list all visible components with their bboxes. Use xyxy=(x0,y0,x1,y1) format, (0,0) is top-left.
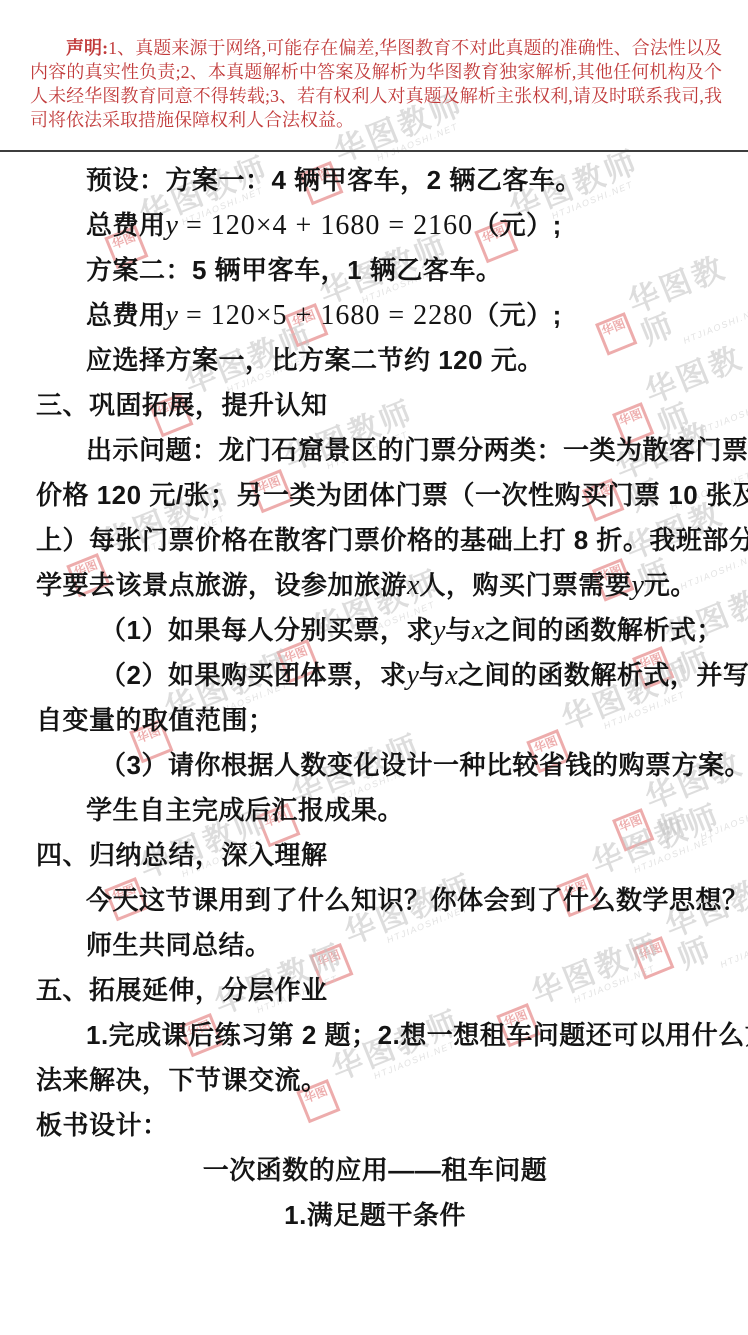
text-segment: 应选择方案一，比方案二节约 120 元。 xyxy=(86,345,544,375)
text-segment: （元）; xyxy=(473,210,562,240)
text-segment: 元。 xyxy=(644,570,697,600)
text-segment: 板书设计： xyxy=(36,1110,169,1140)
text-segment: 法来解决，下节课交流。 xyxy=(36,1065,328,1095)
disclaimer: 声明:1、真题来源于网络,可能存在偏差,华图教育不对此真题的准确性、合法性以及内… xyxy=(30,36,722,132)
text-segment: 之间的函数解析式，并写出 xyxy=(458,660,748,690)
line-question-2b: 自变量的取值范围； xyxy=(36,698,714,743)
line-summary-together: 师生共同总结。 xyxy=(36,923,714,968)
heading-section-5: 五、拓展延伸，分层作业 xyxy=(36,968,714,1013)
text-segment: 总费用 xyxy=(86,300,166,330)
line-summary-question: 今天这节课用到了什么知识？你体会到了什么数学思想？ xyxy=(36,878,714,923)
text-segment: 今天这节课用到了什么知识？你体会到了什么数学思想？ xyxy=(86,885,748,915)
line-board-title: 一次函数的应用——租车问题 xyxy=(36,1148,714,1193)
document-body: 预设：方案一：4 辆甲客车，2 辆乙客车。总费用y = 120×4 + 1680… xyxy=(36,158,714,1238)
line-student-report: 学生自主完成后汇报成果。 xyxy=(36,788,714,833)
text-segment: 人，购买门票需要 xyxy=(419,570,631,600)
text-segment: 出示问题：龙门石窟景区的门票分两类：一类为散客门票， xyxy=(86,435,748,465)
text-segment: 四、归纳总结，深入理解 xyxy=(36,840,328,870)
text-segment: 学生自主完成后汇报成果。 xyxy=(86,795,404,825)
text-segment: 学要去该景点旅游，设参加旅游 xyxy=(36,570,407,600)
text-segment: = 120×4 + 1680 = 2160 xyxy=(178,210,473,241)
document-page: 华图华图教师HTJIAOSHI.NET华图华图教师HTJIAOSHI.NET华图… xyxy=(0,0,748,1335)
line-conclusion: 应选择方案一，比方案二节约 120 元。 xyxy=(36,338,714,383)
disclaimer-divider xyxy=(0,150,748,152)
text-segment: （元）; xyxy=(473,300,562,330)
line-question-3: （3）请你根据人数变化设计一种比较省钱的购票方案。 xyxy=(36,743,714,788)
text-segment: 总费用 xyxy=(86,210,166,240)
text-segment: y xyxy=(166,300,178,331)
text-segment: 上）每张门票价格在散客门票价格的基础上打 8 折。我班部分同 xyxy=(36,525,748,555)
text-segment: （1）如果每人分别买票，求 xyxy=(100,615,433,645)
text-segment: 五、拓展延伸，分层作业 xyxy=(36,975,328,1005)
text-segment: 自变量的取值范围； xyxy=(36,705,275,735)
line-total-cost-1: 总费用y = 120×4 + 1680 = 2160（元）; xyxy=(36,203,714,248)
text-segment: 价格 120 元/张；另一类为团体门票（一次性购买门票 10 张及以 xyxy=(36,480,748,510)
text-segment: y xyxy=(406,660,418,691)
line-plan2: 方案二：5 辆甲客车，1 辆乙客车。 xyxy=(36,248,714,293)
text-segment: 三、巩固拓展，提升认知 xyxy=(36,390,328,420)
disclaimer-label: 声明: xyxy=(66,38,108,58)
text-segment: 方案二：5 辆甲客车，1 辆乙客车。 xyxy=(86,255,502,285)
text-segment: 与 xyxy=(445,615,472,645)
line-question-1: （1）如果每人分别买票，求y与x之间的函数解析式； xyxy=(36,608,714,653)
line-homework-2: 法来解决，下节课交流。 xyxy=(36,1058,714,1103)
text-segment: 1.满足题干条件 xyxy=(284,1200,466,1230)
line-problem-3: 上）每张门票价格在散客门票价格的基础上打 8 折。我班部分同 xyxy=(36,518,714,563)
text-segment: y xyxy=(166,210,178,241)
text-segment: 1.完成课后练习第 2 题；2.想一想租车问题还可以用什么方 xyxy=(86,1020,748,1050)
heading-board-design: 板书设计： xyxy=(36,1103,714,1148)
text-segment: 一次函数的应用——租车问题 xyxy=(203,1155,548,1185)
text-segment: x xyxy=(472,615,484,646)
line-problem-1: 出示问题：龙门石窟景区的门票分两类：一类为散客门票， xyxy=(36,428,714,473)
line-board-item-1: 1.满足题干条件 xyxy=(36,1193,714,1238)
text-segment: 之间的函数解析式； xyxy=(484,615,723,645)
text-segment: y xyxy=(433,615,445,646)
text-segment: y xyxy=(631,570,643,601)
text-segment: （2）如果购买团体票，求 xyxy=(100,660,406,690)
line-total-cost-2: 总费用y = 120×5 + 1680 = 2280（元）; xyxy=(36,293,714,338)
heading-section-3: 三、巩固拓展，提升认知 xyxy=(36,383,714,428)
text-segment: 师生共同总结。 xyxy=(86,930,272,960)
line-question-2: （2）如果购买团体票，求y与x之间的函数解析式，并写出 xyxy=(36,653,714,698)
text-segment: x xyxy=(445,660,457,691)
text-segment: 预设：方案一：4 辆甲客车，2 辆乙客车。 xyxy=(86,165,582,195)
line-problem-2: 价格 120 元/张；另一类为团体门票（一次性购买门票 10 张及以 xyxy=(36,473,714,518)
text-segment: 与 xyxy=(419,660,446,690)
line-homework-1: 1.完成课后练习第 2 题；2.想一想租车问题还可以用什么方 xyxy=(36,1013,714,1058)
text-segment: （3）请你根据人数变化设计一种比较省钱的购票方案。 xyxy=(100,750,748,780)
text-segment: = 120×5 + 1680 = 2280 xyxy=(178,300,473,331)
heading-section-4: 四、归纳总结，深入理解 xyxy=(36,833,714,878)
disclaimer-text: 1、真题来源于网络,可能存在偏差,华图教育不对此真题的准确性、合法性以及内容的真… xyxy=(30,38,722,130)
line-problem-4: 学要去该景点旅游，设参加旅游x人，购买门票需要y元。 xyxy=(36,563,714,608)
text-segment: x xyxy=(407,570,419,601)
line-preset-plan1: 预设：方案一：4 辆甲客车，2 辆乙客车。 xyxy=(36,158,714,203)
